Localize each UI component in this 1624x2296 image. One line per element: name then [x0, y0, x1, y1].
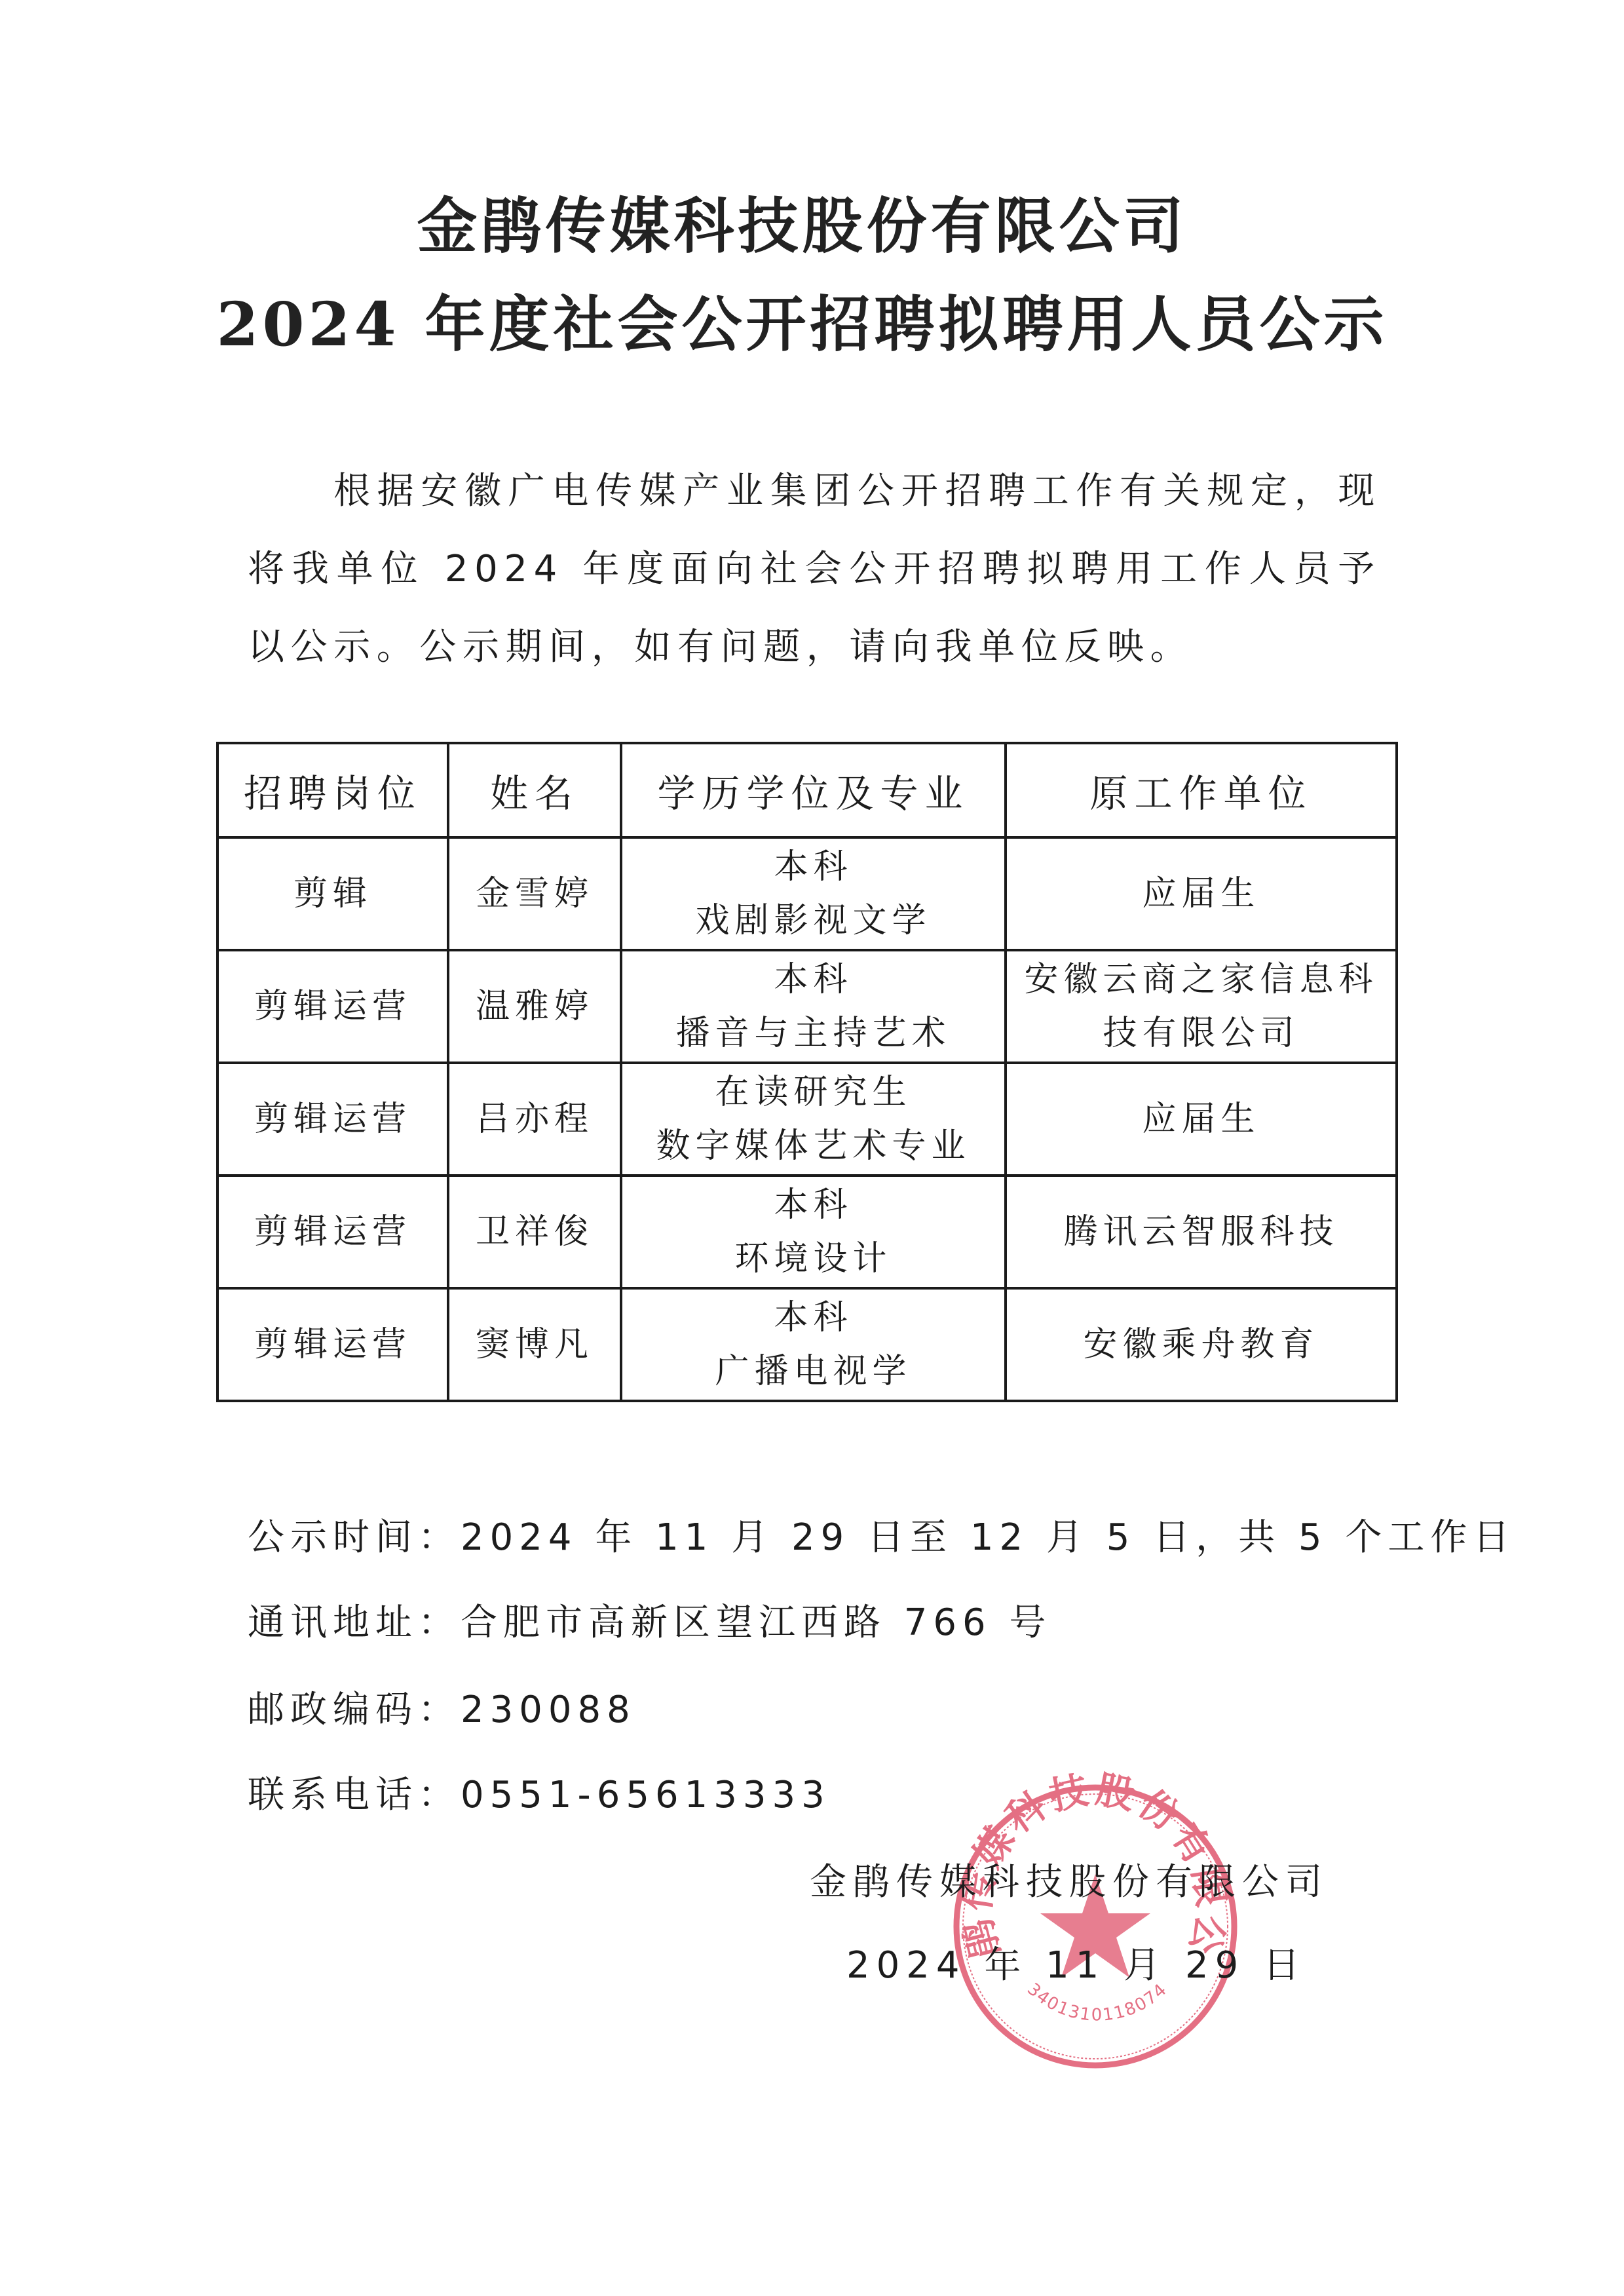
employer-line: 应届生: [1007, 867, 1395, 921]
header-previous-employer: 原工作单位: [1006, 743, 1397, 837]
education-major: 戏剧影视文学: [622, 894, 1004, 947]
cell-name: 卫祥俊: [448, 1176, 621, 1288]
table-row: 剪辑运营 吕亦程 在读研究生 数字媒体艺术专业 应届生: [217, 1063, 1397, 1176]
document-title-announcement: 2024 年度社会公开招聘拟聘用人员公示: [0, 288, 1624, 360]
table-row: 剪辑运营 卫祥俊 本科 环境设计 腾讯云智服科技: [217, 1176, 1397, 1288]
employer-line: 应届生: [1007, 1092, 1395, 1146]
employer-line: 技有限公司: [1007, 1006, 1395, 1060]
phone-value: 0551-65613333: [461, 1774, 831, 1816]
cell-education: 在读研究生 数字媒体艺术专业: [621, 1063, 1006, 1176]
official-seal-icon: 金鹃传媒科技股份有限公司 3401310118074: [943, 1769, 1245, 2077]
table-header-row: 招聘岗位 姓名 学历学位及专业 原工作单位: [217, 743, 1397, 837]
education-major: 播音与主持艺术: [622, 1006, 1004, 1060]
education-major: 数字媒体艺术专业: [622, 1119, 1004, 1173]
cell-previous-employer: 应届生: [1006, 1063, 1397, 1176]
table-row: 剪辑运营 窦博凡 本科 广播电视学 安徽乘舟教育: [217, 1288, 1397, 1401]
info-phone: 联系电话：0551-65613333: [248, 1772, 831, 1818]
education-degree: 本科: [622, 1178, 1004, 1232]
cell-education: 本科 戏剧影视文学: [621, 837, 1006, 950]
address-label: 通讯地址：: [248, 1601, 461, 1644]
intro-paragraph: 根据安徽广电传媒产业集团公开招聘工作有关规定，现将我单位 2024 年度面向社会…: [248, 452, 1381, 686]
cell-name: 窦博凡: [448, 1288, 621, 1401]
phone-label: 联系电话：: [248, 1774, 461, 1816]
header-education: 学历学位及专业: [621, 743, 1006, 837]
education-degree: 本科: [622, 953, 1004, 1006]
employer-line: 腾讯云智服科技: [1007, 1205, 1395, 1259]
cell-education: 本科 广播电视学: [621, 1288, 1006, 1401]
cell-position: 剪辑运营: [217, 1063, 448, 1176]
education-degree: 在读研究生: [622, 1065, 1004, 1119]
cell-name: 吕亦程: [448, 1063, 621, 1176]
table-row: 剪辑运营 温雅婷 本科 播音与主持艺术 安徽云商之家信息科 技有限公司: [217, 950, 1397, 1063]
employer-line: 安徽云商之家信息科: [1007, 953, 1395, 1006]
period-label: 公示时间：: [248, 1516, 461, 1559]
cell-position: 剪辑运营: [217, 950, 448, 1063]
document-title-company: 金鹃传媒科技股份有限公司: [0, 190, 1624, 262]
info-period: 公示时间：2024 年 11 月 29 日至 12 月 5 日，共 5 个工作日: [248, 1515, 1515, 1561]
education-major: 环境设计: [622, 1232, 1004, 1286]
postcode-label: 邮政编码：: [248, 1689, 461, 1731]
cell-position: 剪辑: [217, 837, 448, 950]
cell-previous-employer: 安徽云商之家信息科 技有限公司: [1006, 950, 1397, 1063]
cell-previous-employer: 应届生: [1006, 837, 1397, 950]
cell-previous-employer: 安徽乘舟教育: [1006, 1288, 1397, 1401]
cell-name: 金雪婷: [448, 837, 621, 950]
education-major: 广播电视学: [622, 1345, 1004, 1398]
cell-previous-employer: 腾讯云智服科技: [1006, 1176, 1397, 1288]
cell-name: 温雅婷: [448, 950, 621, 1063]
employer-line: 安徽乘舟教育: [1007, 1318, 1395, 1371]
header-position: 招聘岗位: [217, 743, 448, 837]
education-degree: 本科: [622, 1291, 1004, 1345]
postcode-value: 230088: [461, 1689, 636, 1731]
info-postcode: 邮政编码：230088: [248, 1687, 636, 1733]
document-page: 金鹃传媒科技股份有限公司 2024 年度社会公开招聘拟聘用人员公示 根据安徽广电…: [0, 0, 1624, 2296]
education-degree: 本科: [622, 840, 1004, 894]
cell-position: 剪辑运营: [217, 1176, 448, 1288]
signature-company: 金鹃传媒科技股份有限公司: [810, 1860, 1329, 1905]
table-row: 剪辑 金雪婷 本科 戏剧影视文学 应届生: [217, 837, 1397, 950]
period-value: 2024 年 11 月 29 日至 12 月 5 日，共 5 个工作日: [461, 1516, 1515, 1559]
header-name: 姓名: [448, 743, 621, 837]
info-address: 通讯地址：合肥市高新区望江西路 766 号: [248, 1600, 1052, 1646]
candidate-table: 招聘岗位 姓名 学历学位及专业 原工作单位 剪辑 金雪婷 本科 戏剧影视文学 应…: [216, 742, 1398, 1402]
signature-date: 2024 年 11 月 29 日: [846, 1943, 1306, 1989]
cell-education: 本科 播音与主持艺术: [621, 950, 1006, 1063]
address-value: 合肥市高新区望江西路 766 号: [461, 1601, 1052, 1644]
cell-position: 剪辑运营: [217, 1288, 448, 1401]
cell-education: 本科 环境设计: [621, 1176, 1006, 1288]
